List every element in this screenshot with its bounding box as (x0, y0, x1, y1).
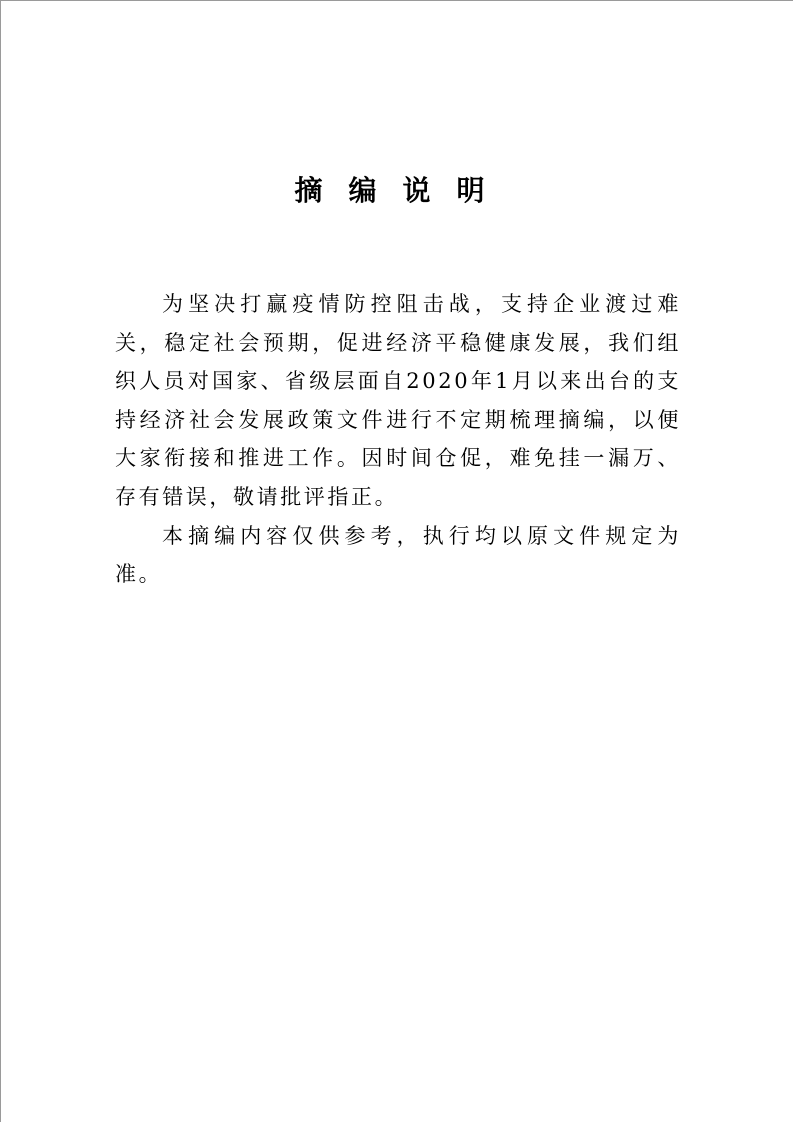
paragraph-intro: 为坚决打赢疫情防控阻击战，支持企业渡过难关，稳定社会预期，促进经济平稳健康发展，… (115, 285, 681, 517)
paragraph-disclaimer: 本摘编内容仅供参考，执行均以原文件规定为准。 (115, 517, 681, 594)
document-page: 摘编说明 为坚决打赢疫情防控阻击战，支持企业渡过难关，稳定社会预期，促进经济平稳… (0, 0, 793, 1122)
page-title: 摘编说明 (1, 169, 793, 209)
document-body: 为坚决打赢疫情防控阻击战，支持企业渡过难关，稳定社会预期，促进经济平稳健康发展，… (115, 285, 681, 594)
